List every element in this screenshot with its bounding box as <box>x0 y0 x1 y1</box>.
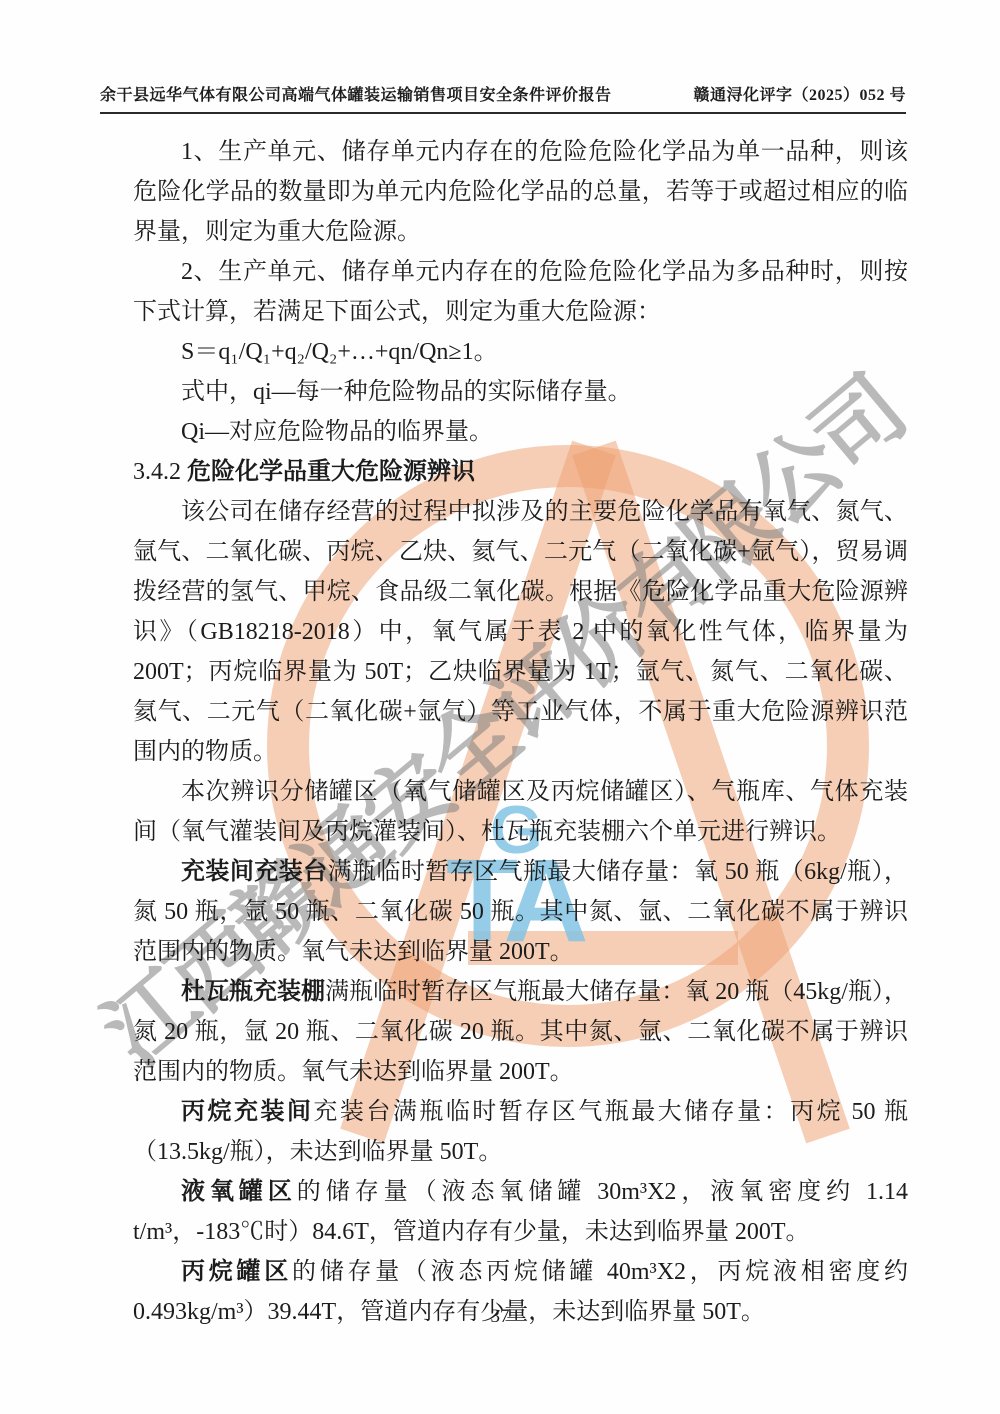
paragraph: 丙烷充装间充装台满瓶临时暂存区气瓶最大储存量：丙烷 50 瓶（13.5kg/瓶）… <box>133 1092 908 1172</box>
paragraph: 式中，qi—每一种危险物品的实际储存量。 <box>133 372 908 412</box>
document-page: 江西赣通安全评价有限公司 G TA 余干县远华气体有限公司高端气体罐装运输销售项… <box>0 0 1000 1414</box>
paragraph: 该公司在储存经营的过程中拟涉及的主要危险化学品有氧气、氮气、氩气、二氧化碳、丙烷… <box>133 492 908 772</box>
paragraph: 2、生产单元、储存单元内存在的危险危险化学品为多品种时，则按下式计算，若满足下面… <box>133 252 908 332</box>
text-run: 该公司在储存经营的过程中拟涉及的主要危险化学品有氧气、氮气、氩气、二氧化碳、丙烷… <box>133 499 908 765</box>
paragraph: S＝q₁/Q₁+q₂/Q₂+…+qn/Qn≥1。 <box>133 332 908 372</box>
header-document-number: 赣通浔化评字（2025）052 号 <box>693 82 906 105</box>
text-run: 2、生产单元、储存单元内存在的危险危险化学品为多品种时，则按下式计算，若满足下面… <box>133 259 908 325</box>
text-run: 3.4.2 <box>133 459 187 485</box>
text-run: 本次辨识分储罐区（氧气储罐区及丙烷储罐区）、气瓶库、气体充装间（氧气灌装间及丙烷… <box>133 779 908 845</box>
bold-run: 液氧罐区 <box>181 1179 297 1205</box>
text-run: Qi—对应危险物品的临界量。 <box>181 419 493 445</box>
text-run: S＝q₁/Q₁+q₂/Q₂+…+qn/Qn≥1。 <box>181 339 498 365</box>
text-run: 1、生产单元、储存单元内存在的危险危险化学品为单一品种，则该危险化学品的数量即为… <box>133 139 908 245</box>
paragraph: 1、生产单元、储存单元内存在的危险危险化学品为单一品种，则该危险化学品的数量即为… <box>133 132 908 252</box>
paragraph: 杜瓦瓶充装棚满瓶临时暂存区气瓶最大储存量：氧 20 瓶（45kg/瓶），氮 20… <box>133 972 908 1092</box>
section-heading: 3.4.2 危险化学品重大危险源辨识 <box>133 452 908 492</box>
bold-run: 丙烷罐区 <box>181 1259 292 1285</box>
paragraph: 本次辨识分储罐区（氧气储罐区及丙烷储罐区）、气瓶库、气体充装间（氧气灌装间及丙烷… <box>133 772 908 852</box>
document-body: 1、生产单元、储存单元内存在的危险危险化学品为单一品种，则该危险化学品的数量即为… <box>133 132 908 1332</box>
text-run: 式中，qi—每一种危险物品的实际储存量。 <box>181 379 632 405</box>
bold-run: 充装间充装台 <box>181 859 328 885</box>
page-header: 余干县远华气体有限公司高端气体罐装运输销售项目安全条件评价报告 赣通浔化评字（2… <box>100 82 906 114</box>
bold-run: 危险化学品重大危险源辨识 <box>187 458 475 485</box>
header-report-title: 余干县远华气体有限公司高端气体罐装运输销售项目安全条件评价报告 <box>100 82 612 105</box>
bold-run: 杜瓦瓶充装棚 <box>181 979 325 1005</box>
paragraph: Qi—对应危险物品的临界量。 <box>133 412 908 452</box>
page-number: 37 <box>0 1306 1000 1328</box>
bold-run: 丙烷充装间 <box>181 1099 313 1125</box>
paragraph: 充装间充装台满瓶临时暂存区气瓶最大储存量：氧 50 瓶（6kg/瓶），氮 50 … <box>133 852 908 972</box>
paragraph: 液氧罐区的储存量（液态氧储罐 30m³X2，液氧密度约 1.14 t/m³，-1… <box>133 1172 908 1252</box>
